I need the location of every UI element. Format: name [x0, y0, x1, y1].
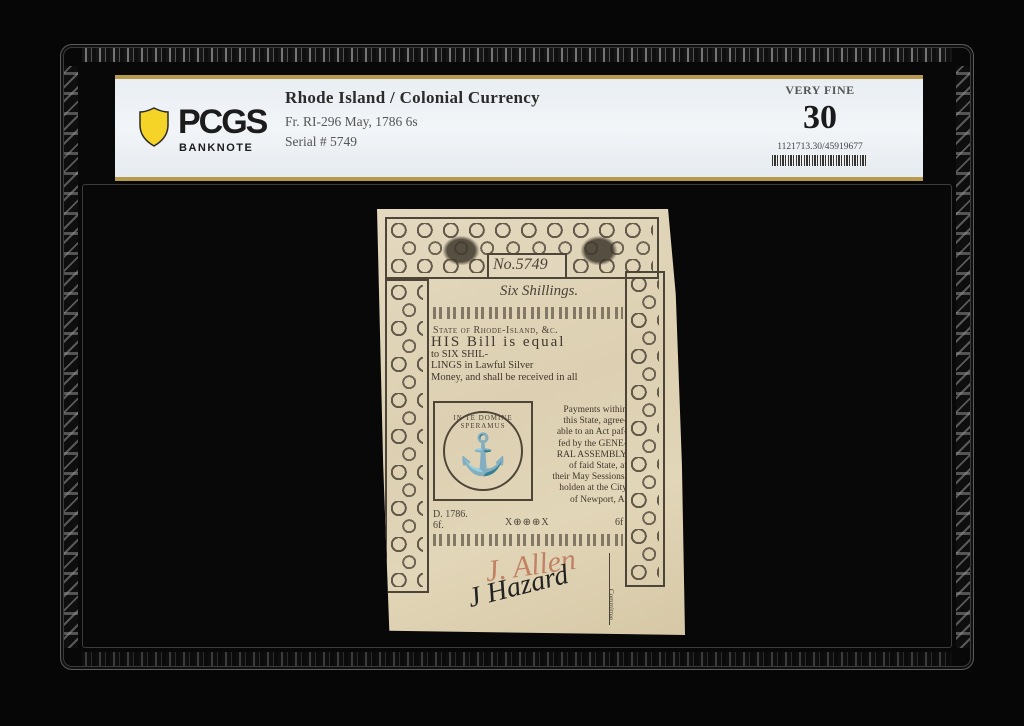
- bill-line: RAL ASSEMBLY: [535, 450, 627, 461]
- note-number: No.5749: [493, 256, 548, 274]
- ornament-row: [433, 534, 623, 546]
- holder-rail-right: [956, 66, 970, 648]
- ornament-row: [433, 307, 623, 319]
- eagle-icon: [577, 233, 621, 265]
- eagle-icon: [439, 233, 483, 265]
- bill-line: holden at the City: [535, 483, 627, 494]
- bill-line: of Newport, A.: [535, 495, 627, 506]
- scrollwork: [631, 277, 659, 581]
- bill-line: fed by the GENE-: [535, 439, 627, 450]
- bill-line: Money, and shall be received in all: [431, 372, 623, 384]
- bill-line: LINGS in Lawful Silver: [431, 360, 623, 372]
- seal-ring: IN TE DOMINE SPERAMUS ⚓: [443, 411, 523, 491]
- right-ornament-border: [625, 271, 665, 587]
- bill-line: able to an Act paf-: [535, 427, 627, 438]
- bill-lead: HIS Bill is equal: [431, 337, 623, 349]
- grade-number: 30: [765, 99, 875, 137]
- date-text: D. 1786.: [433, 509, 468, 520]
- brand-subtitle: BANKNOTE: [179, 142, 253, 154]
- holder-rail-top: [82, 48, 952, 62]
- left-ornament-border: [385, 279, 429, 593]
- catalog-line: Fr. RI-296 May, 1786 6s: [285, 114, 418, 130]
- bill-line: this State, agree-: [535, 416, 627, 427]
- shilling-mark: 6f.: [433, 520, 468, 531]
- anchor-icon: ⚓: [445, 435, 521, 475]
- brand-logo: PCGS: [178, 105, 266, 139]
- barcode: [772, 155, 868, 166]
- serial-line: Serial # 5749: [285, 134, 357, 150]
- seal-motto: IN TE DOMINE SPERAMUS: [445, 414, 521, 430]
- bill-text: HIS Bill is equal to SIX SHIL- LINGS in …: [431, 337, 623, 383]
- cert-number: 1121713.30/45919677: [755, 142, 885, 152]
- bill-line: of faid State, at: [535, 461, 627, 472]
- committee-text: Committee.: [607, 589, 615, 622]
- holder-rail-left: [64, 66, 78, 648]
- label-title: Rhode Island / Colonial Currency: [285, 88, 540, 108]
- bill-line: to SIX SHIL-: [431, 349, 623, 361]
- shilling-mark-right: 6f: [615, 517, 623, 528]
- bill-line: their May Sessions,: [535, 472, 627, 483]
- banknote: No.5749 Six Shillings. State of Rhode-Is…: [377, 209, 685, 635]
- denomination: Six Shillings.: [459, 283, 619, 300]
- anchor-seal: IN TE DOMINE SPERAMUS ⚓: [433, 401, 533, 501]
- holder-rail-bottom: [82, 652, 952, 666]
- grade-description: VERY FINE: [765, 83, 875, 98]
- date-line: D. 1786. 6f.: [433, 509, 468, 531]
- bill-right-text: Payments within this State, agree- able …: [535, 405, 627, 506]
- shield-icon: [138, 107, 170, 147]
- ornament-mark: X⊕⊕⊕X: [505, 517, 550, 528]
- bill-line: Payments within: [535, 405, 627, 416]
- grading-label: PCGS BANKNOTE Rhode Island / Colonial Cu…: [115, 75, 923, 181]
- scrollwork: [391, 285, 423, 587]
